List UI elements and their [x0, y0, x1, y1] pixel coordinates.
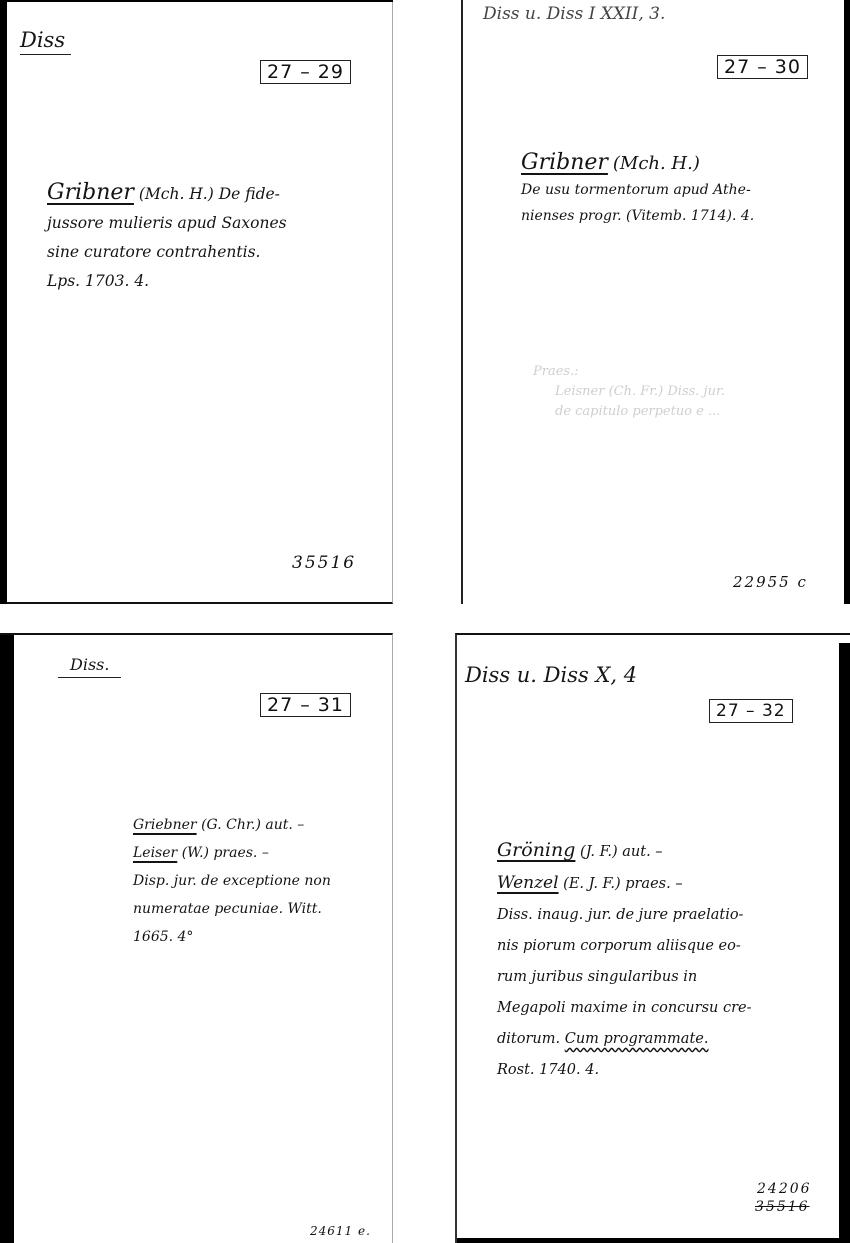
card-body: Gribner (Mch. H.) De usu tormentorum apu…	[521, 150, 754, 229]
card-body: Griebner (G. Chr.) aut. – Leiser (W.) pr…	[133, 811, 331, 951]
card-left-edge	[0, 635, 14, 1243]
accession-number: 35516	[292, 553, 356, 573]
accession-number: 24611 e.	[310, 1224, 371, 1238]
card-right-edge	[839, 643, 850, 1243]
praeses-name: Wenzel	[497, 873, 559, 893]
shelfmark: 27 – 31	[260, 693, 351, 717]
author-name: Griebner	[133, 817, 197, 833]
author-name: Gröning	[497, 839, 575, 861]
card-top-edge	[0, 0, 393, 2]
header-note: Diss	[20, 28, 71, 55]
card-bottom-edge	[457, 1238, 850, 1243]
catalog-card-27-30: Diss u. Diss I XXII, 3. 27 – 30 Gribner …	[461, 0, 850, 604]
card-body: Gröning (J. F.) aut. – Wenzel (E. J. F.)…	[497, 835, 752, 1086]
praeses-name: Leiser	[133, 845, 177, 861]
program-note: Cum programmate.	[565, 1031, 709, 1047]
catalog-card-27-32: Diss u. Diss X, 4 27 – 32 Gröning (J. F.…	[455, 633, 850, 1243]
shelfmark: 27 – 30	[717, 55, 808, 79]
card-right-edge	[844, 0, 850, 604]
catalog-card-27-31: Diss. 27 – 31 Griebner (G. Chr.) aut. – …	[0, 633, 393, 1243]
author-name: Gribner	[47, 180, 134, 205]
card-left-edge	[0, 0, 7, 604]
header-note: Diss u. Diss I XXII, 3.	[483, 4, 665, 24]
author-name: Gribner	[521, 150, 608, 175]
accession-number: 24206	[757, 1181, 812, 1197]
header-note: Diss.	[58, 655, 121, 678]
card-body: Gribner (Mch. H.) De fide- jussore mulie…	[47, 178, 287, 296]
accession-number: 22955 c	[733, 573, 808, 591]
shelfmark: 27 – 29	[260, 60, 351, 84]
shelfmark: 27 – 32	[709, 699, 793, 723]
struck-accession-number: 35516	[755, 1199, 810, 1215]
catalog-card-27-29: Diss 27 – 29 Gribner (Mch. H.) De fide- …	[0, 0, 393, 604]
header-note: Diss u. Diss X, 4	[465, 663, 637, 687]
faint-note: Praes.: Leisner (Ch. Fr.) Diss. jur. de …	[533, 362, 725, 422]
